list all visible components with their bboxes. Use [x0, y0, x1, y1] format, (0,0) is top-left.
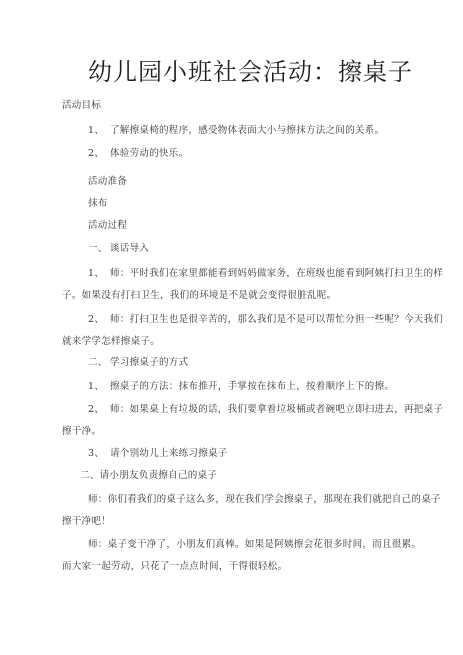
- prep-heading: 活动准备: [88, 176, 127, 188]
- document-page: 幼儿园小班社会活动：擦桌子 活动目标 1、了解擦桌椅的程序，感受物体表面大小与擦…: [0, 0, 463, 655]
- part2-item-2-line2: 擦干净。: [62, 426, 101, 438]
- part1-item-2-line2: 就来学学怎样擦桌子。: [62, 336, 160, 348]
- part1-number: 一、: [88, 243, 110, 255]
- goal-number: 1、: [88, 125, 110, 137]
- part1-item-1-line2: 子。如果没有打扫卫生，我们的环境是不是就会变得很脏乱呢。: [62, 290, 336, 302]
- item-number: 2、: [88, 314, 110, 326]
- process-heading: 活动过程: [88, 220, 127, 232]
- part2-item-2-line1: 2、师：如果桌上有垃圾的话，我们要拿着垃圾桶或者碗吧立即扫进去，再把桌子: [88, 404, 443, 416]
- part2-item-3: 3、请个别幼儿上来练习擦桌子: [88, 448, 228, 460]
- part2-number: 二、: [88, 357, 110, 369]
- goal-item: 1、了解擦桌椅的程序，感受物体表面大小与擦抹方法之间的关系。: [88, 125, 384, 137]
- item-text: 请个别幼儿上来练习擦桌子: [110, 448, 228, 459]
- goal-text: 体验劳动的快乐。: [110, 148, 188, 159]
- item-text: 师：打扫卫生也是很辛苦的，那么我们是不是可以帮忙分担一些呢？今天我们: [110, 314, 443, 325]
- goal-item: 2、体验劳动的快乐。: [88, 148, 188, 160]
- part3-paragraph-2-line2: 而大家一起劳动，只花了一点点时间，干得很轻松。: [62, 561, 287, 573]
- part2-item-1: 1、擦桌子的方法：抹布推开，手掌按在抹布上，按着顺序上下的擦。: [88, 381, 394, 393]
- item-text: 师：如果桌上有垃圾的话，我们要拿着垃圾桶或者碗吧立即扫进去，再把桌子: [110, 404, 443, 415]
- goal-number: 2、: [88, 148, 110, 160]
- prep-item: 抹布: [88, 198, 108, 210]
- part3-paragraph-1-line1: 师：你们看我们的桌子这么多，现在我们学会擦桌子，那现在我们就把自己的桌子: [88, 494, 441, 506]
- part2-title: 学习擦桌子的方式: [110, 357, 188, 368]
- part3-paragraph-1-line2: 擦干净吧！: [62, 516, 111, 528]
- part3-heading: 二、请小朋友负责擦自己的桌子: [80, 470, 217, 482]
- part1-item-2-line1: 2、师：打扫卫生也是很辛苦的，那么我们是不是可以帮忙分担一些呢？今天我们: [88, 314, 443, 326]
- goal-text: 了解擦桌椅的程序，感受物体表面大小与擦抹方法之间的关系。: [110, 125, 384, 136]
- item-text: 擦桌子的方法：抹布推开，手掌按在抹布上，按着顺序上下的擦。: [110, 381, 394, 392]
- item-text: 师：平时我们在家里都能看到妈妈做家务，在班级也能看到阿姨打扫卫生的样: [110, 268, 443, 279]
- part3-paragraph-2-line1: 师：桌子变干净了，小朋友们真棒。如果是阿姨擦会花很多时间，而且很累。: [88, 539, 421, 551]
- document-title: 幼儿园小班社会活动：擦桌子: [88, 52, 413, 87]
- item-number: 1、: [88, 268, 110, 280]
- goals-heading: 活动目标: [62, 100, 101, 112]
- part2-heading: 二、学习擦桌子的方式: [88, 357, 188, 369]
- item-number: 2、: [88, 404, 110, 416]
- part1-item-1-line1: 1、师：平时我们在家里都能看到妈妈做家务，在班级也能看到阿姨打扫卫生的样: [88, 268, 443, 280]
- item-number: 3、: [88, 448, 110, 460]
- part1-heading: 一、谈话导入: [88, 243, 149, 255]
- item-number: 1、: [88, 381, 110, 393]
- part1-title: 谈话导入: [110, 243, 149, 254]
